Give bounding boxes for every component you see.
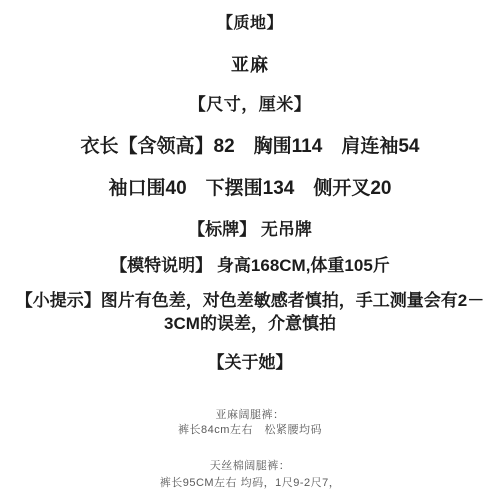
material-value: 亚麻 — [0, 51, 500, 77]
pants-tencel-title: 天丝棉阔腿裤： — [0, 457, 500, 473]
section-header-size: 【尺寸，厘米】 — [0, 90, 500, 115]
label-info: 【标牌】 无吊牌 — [0, 215, 500, 240]
tips-text: 【小提示】图片有色差，对色差敏感者慎拍，手工测量会有2－3CM的误差，介意慎拍 — [0, 289, 500, 335]
pants-tencel-detail: 裤长95CM左右 均码，1尺9-2尺7， — [0, 474, 500, 490]
pants-linen-title: 亚麻阔腿裤： — [0, 406, 500, 422]
section-header-material: 【质地】 — [0, 10, 500, 33]
measurements-row-1: 衣长【含领高】82 胸围114 肩连袖54 — [0, 131, 500, 158]
measurements-row-2: 袖口围40 下摆围134 侧开叉20 — [0, 173, 500, 200]
model-info: 【模特说明】 身高168CM,体重105斤 — [0, 251, 500, 276]
section-header-about: 【关于她】 — [0, 348, 500, 373]
pants-linen-detail: 裤长84cm左右 松紧腰均码 — [0, 421, 500, 437]
product-description-page: 【质地】 亚麻 【尺寸，厘米】 衣长【含领高】82 胸围114 肩连袖54 袖口… — [0, 0, 500, 498]
